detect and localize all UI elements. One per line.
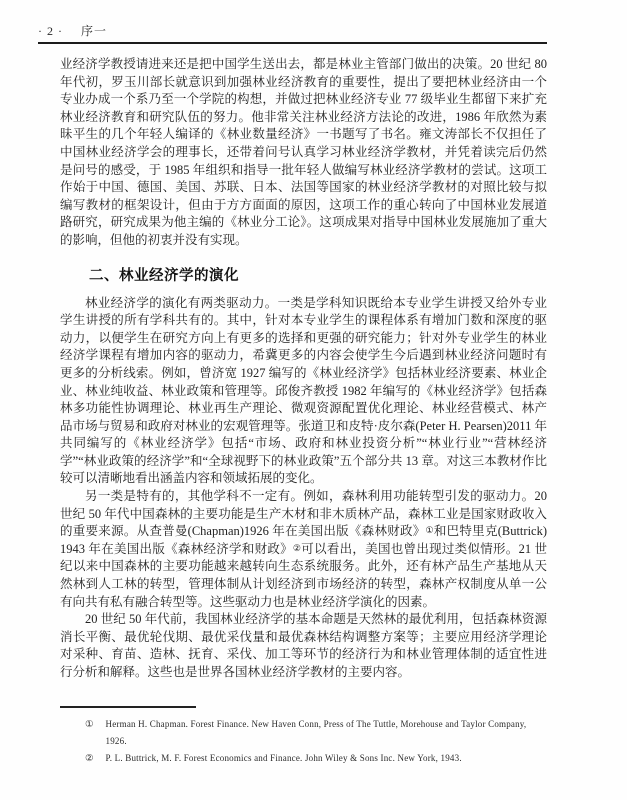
paragraph-drivers: 另一类是特有的，其他学科不一定有。例如，森林利用功能转型引发的驱动力。20 世纪…: [60, 488, 547, 611]
page-number: · 2 ·: [38, 24, 63, 39]
footnote-2-marker: ②: [85, 751, 94, 768]
footnotes-block: ① Herman H. Chapman. Forest Finance. New…: [60, 716, 547, 768]
text-column: 业经济学教授请进来还是把中国学生送出去，都是林业主管部门做出的决策。20 世纪 …: [60, 56, 547, 682]
footnote-marker-1-ref: ①: [426, 525, 434, 535]
paragraph-continued-from-previous-page: 业经济学教授请进来还是把中国学生送出去，都是林业主管部门做出的决策。20 世纪 …: [60, 56, 547, 250]
running-header: · 2 · 序一: [38, 22, 547, 39]
footnote-1-text: Herman H. Chapman. Forest Finance. New H…: [106, 716, 547, 750]
footnote-2: ② P. L. Buttrick, M. F. Forest Economics…: [60, 750, 547, 768]
book-page: · 2 · 序一 业经济学教授请进来还是把中国学生送出去，都是林业主管部门做出的…: [0, 0, 627, 800]
footnote-2-text: P. L. Buttrick, M. F. Forest Economics a…: [106, 750, 547, 767]
paragraph-themes: 20 世纪 50 年代前，我国林业经济学的基本命题是天然林的最优利用，包括森林资…: [60, 611, 547, 681]
running-section-title: 序一: [81, 22, 107, 39]
footnote-1: ① Herman H. Chapman. Forest Finance. New…: [60, 716, 547, 750]
footnote-1-marker: ①: [85, 717, 94, 734]
section-heading: 二、林业经济学的演化: [60, 264, 547, 285]
paragraph-evolution: 林业经济学的演化有两类驱动力。一类是学科知识既给本专业学生讲授又给外专业学生讲授…: [60, 295, 547, 489]
header-rule: [38, 42, 547, 44]
footnote-separator-rule: [60, 706, 196, 708]
